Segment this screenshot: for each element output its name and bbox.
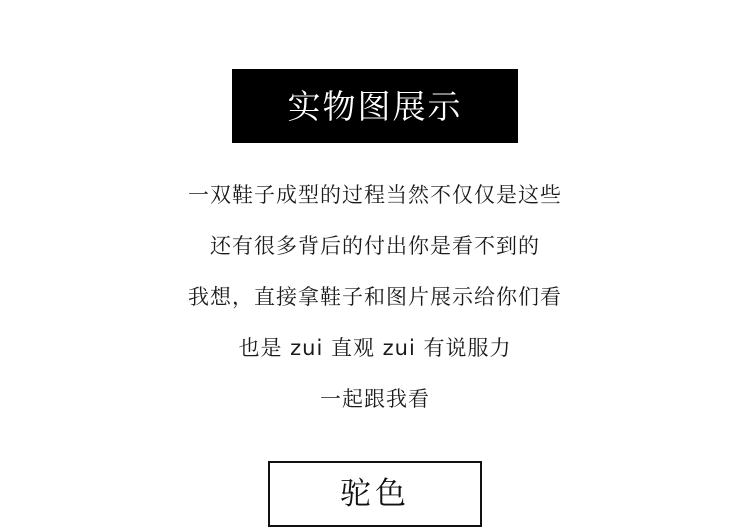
color-label: 驼色 bbox=[340, 479, 410, 510]
title-banner: 实物图展示 bbox=[232, 69, 518, 143]
page-title: 实物图展示 bbox=[288, 90, 463, 123]
description-line-5: 一起跟我看 bbox=[0, 386, 750, 412]
description-line-3: 我想，直接拿鞋子和图片展示给你们看 bbox=[0, 284, 750, 310]
description-line-2: 还有很多背后的付出你是看不到的 bbox=[0, 233, 750, 259]
description-line-1: 一双鞋子成型的过程当然不仅仅是这些 bbox=[0, 182, 750, 208]
description-line-4: 也是 zui 直观 zui 有说服力 bbox=[0, 335, 750, 361]
color-label-box: 驼色 bbox=[268, 461, 482, 527]
